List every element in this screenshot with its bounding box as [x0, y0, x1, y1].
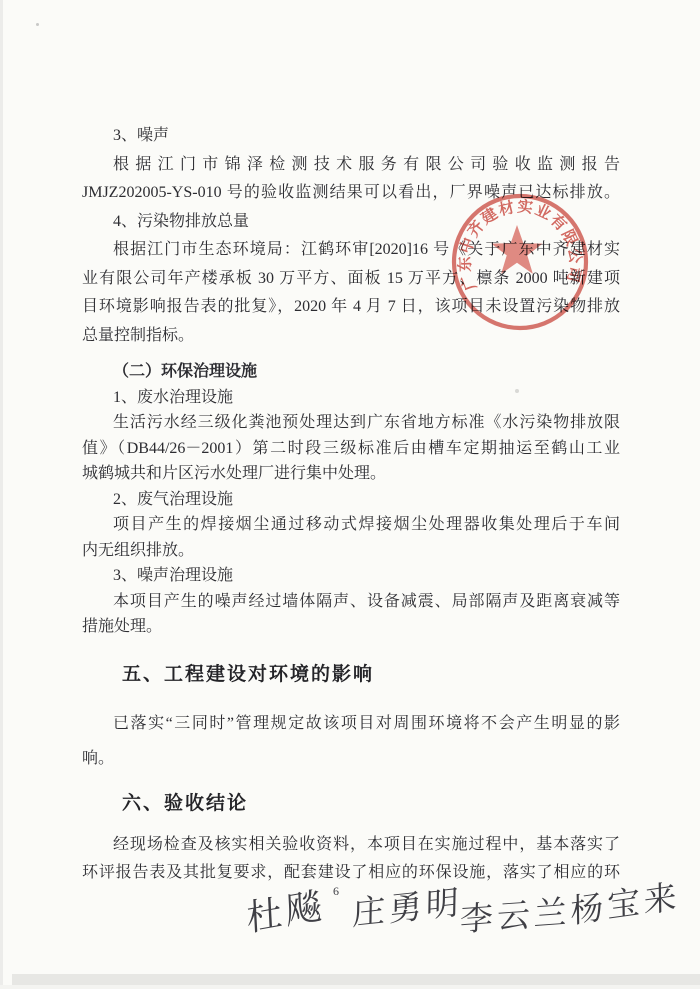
scan-edge-bottom	[12, 974, 700, 985]
scan-edge-bottom-light	[0, 985, 700, 989]
scan-speck	[515, 389, 519, 393]
signature-superscript: 6	[333, 884, 339, 899]
doc-line: 业有限公司年产楼承板 30 万平方、面板 15 万平方、檩条 2000 吨新建项	[82, 265, 620, 294]
signature-2: 庄勇明	[352, 876, 463, 935]
doc-line: 项目产生的焊接烟尘通过移动式焊接烟尘处理器收集处理后于车间	[82, 512, 620, 538]
doc-line: 本项目产生的噪声经过墙体隔声、设备减震、局部隔声及距离衰减等	[82, 589, 620, 615]
doc-line: 内无组织排放。	[82, 538, 620, 564]
doc-line: 总量控制指标。	[82, 322, 620, 351]
scan-edge-left	[0, 0, 3, 989]
doc-line: 2、废气治理设施	[82, 487, 620, 513]
doc-line: 生活污水经三级化粪池预处理达到广东省地方标准《水污染物排放限	[82, 410, 620, 436]
doc-line: 根据江门市生态环境局：江鹤环审[2020]16 号《关于广东中齐建材实	[82, 236, 620, 265]
doc-line: 经现场检查及核实相关验收资料，本项目在实施过程中，基本落实了	[82, 831, 620, 859]
doc-line: JMJZ202005-YS-010 号的验收监测结果可以看出，厂界噪声已达标排放…	[82, 179, 620, 208]
doc-line: 城鹤城共和片区污水处理厂进行集中处理。	[82, 461, 620, 487]
section-noise-and-totals: 3、噪声 根据江门市锦泽检测技术服务有限公司验收监测报告 JMJZ202005-…	[82, 122, 620, 350]
section-impact-paragraph: 已落实“三同时”管理规定故该项目对周围环境将不会产生明显的影 响。	[82, 706, 620, 776]
section-heading-environment-impact: 五、工程建设对环境的影响	[122, 662, 620, 688]
doc-line: 1、废水治理设施	[82, 385, 620, 411]
doc-line: 值》（DB44/26－2001）第二时段三级标准后由槽车定期抽运至鹤山工业	[82, 436, 620, 462]
doc-line: 4、污染物排放总量	[82, 208, 620, 237]
subsection-heading: （二）环保治理设施	[82, 359, 620, 385]
doc-line: 3、噪声	[82, 122, 620, 151]
doc-line: 环评报告表及其批复要求，配套建设了相应的环保设施，落实了相应的环	[82, 859, 620, 887]
doc-line: 措施处理。	[82, 614, 620, 640]
doc-line: 响。	[82, 741, 620, 776]
scan-speck	[36, 23, 39, 26]
signature-1: 杜飚	[245, 877, 326, 942]
document-body: 3、噪声 根据江门市锦泽检测技术服务有限公司验收监测报告 JMJZ202005-…	[82, 122, 620, 887]
scanned-document-page: 3、噪声 根据江门市锦泽检测技术服务有限公司验收监测报告 JMJZ202005-…	[0, 0, 700, 989]
signature-3: 李云兰	[459, 886, 571, 941]
doc-line: 已落实“三同时”管理规定故该项目对周围环境将不会产生明显的影	[82, 706, 620, 741]
section-conclusion-paragraph: 经现场检查及核实相关验收资料，本项目在实施过程中，基本落实了 环评报告表及其批复…	[82, 831, 620, 887]
doc-line: 根据江门市锦泽检测技术服务有限公司验收监测报告	[82, 151, 620, 180]
section-treatment-facilities: （二）环保治理设施 1、废水治理设施 生活污水经三级化粪池预处理达到广东省地方标…	[82, 359, 620, 640]
doc-line: 目环境影响报告表的批复》，2020 年 4 月 7 日，该项目未设置污染物排放	[82, 293, 620, 322]
section-heading-acceptance-conclusion: 六、验收结论	[122, 791, 620, 817]
doc-line: 3、噪声治理设施	[82, 563, 620, 589]
